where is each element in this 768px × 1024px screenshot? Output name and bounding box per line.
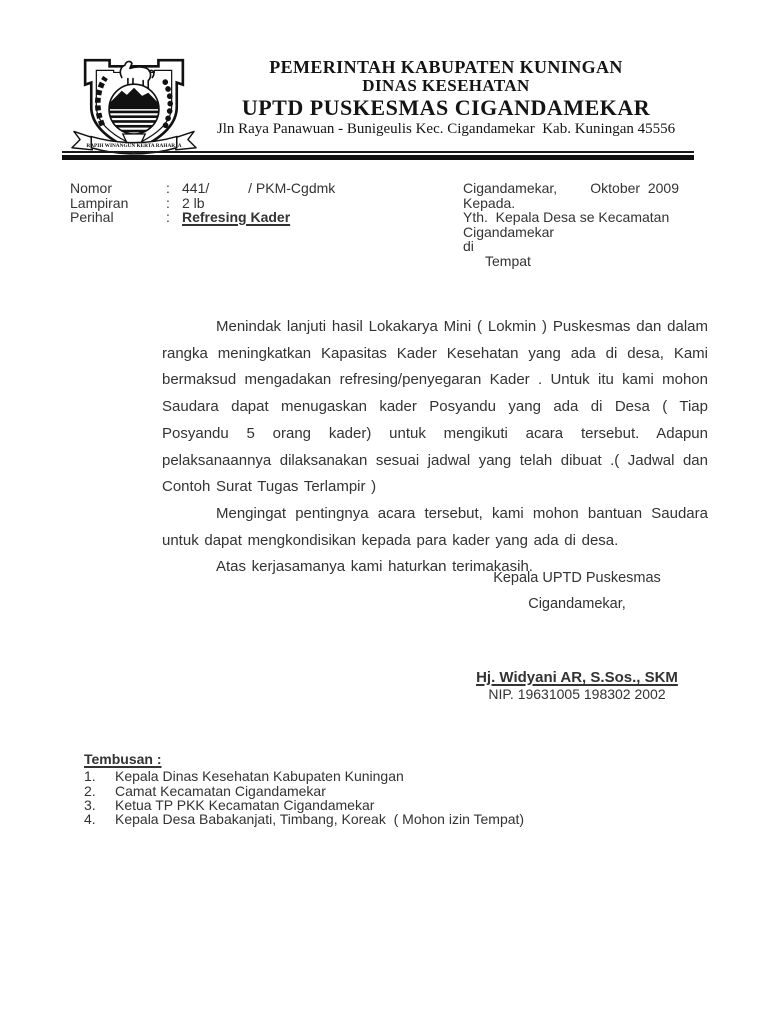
date-text: Oktober 2009 (590, 181, 679, 196)
letter-meta: Nomor : 441/ / PKM-Cgdmk Lampiran : 2 lb… (70, 181, 335, 225)
letterhead-department: DINAS KESEHATAN (190, 77, 702, 95)
nomor-value: 441/ / PKM-Cgdmk (182, 181, 335, 196)
tembusan-item-number: 3. (84, 798, 115, 812)
emblem-motto: RAPIH WINANGUN KERTA RAHARJA (86, 143, 181, 149)
tembusan-item: 3. Ketua TP PKK Kecamatan Cigandamekar (84, 798, 524, 812)
nomor-colon: : (166, 181, 182, 196)
tembusan-item-text: Kepala Dinas Kesehatan Kabupaten Kuninga… (115, 769, 404, 783)
kuningan-coat-of-arms-icon: RAPIH WINANGUN KERTA RAHARJA (68, 48, 200, 162)
di-line: di (463, 239, 679, 254)
tembusan-item: 2. Camat Kecamatan Cigandamekar (84, 784, 524, 798)
meta-row-perihal: Perihal : Refresing Kader (70, 210, 335, 225)
body-paragraph-2: Mengingat pentingnya acara tersebut, kam… (162, 501, 708, 554)
letterhead-government: PEMERINTAH KABUPATEN KUNINGAN (190, 58, 702, 77)
meta-row-nomor: Nomor : 441/ / PKM-Cgdmk (70, 181, 335, 196)
yth-line: Yth. Kepala Desa se Kecamatan (463, 210, 679, 225)
letterhead-office: UPTD PUSKESMAS CIGANDAMEKAR (190, 96, 702, 120)
body-paragraph-1: Menindak lanjuti hasil Lokakarya Mini ( … (162, 314, 708, 501)
field-icon (123, 134, 145, 143)
signature-title-line2: Cigandamekar, (462, 591, 692, 617)
signer-nip: NIP. 19631005 198302 2002 (462, 687, 692, 702)
separator-thin-line (62, 151, 694, 153)
tembusan-item-text: Camat Kecamatan Cigandamekar (115, 784, 326, 798)
place-date-line: Cigandamekar, Oktober 2009 (463, 181, 679, 196)
signature-block: Kepala UPTD Puskesmas Cigandamekar, Hj. … (462, 565, 692, 702)
letter-body: Menindak lanjuti hasil Lokakarya Mini ( … (162, 314, 708, 581)
signature-title-line1: Kepala UPTD Puskesmas (462, 565, 692, 591)
tembusan-item-number: 4. (84, 812, 115, 826)
perihal-label: Perihal (70, 210, 166, 225)
tembusan-heading: Tembusan : (84, 752, 524, 766)
signer-name: Hj. Widyani AR, S.Sos., SKM (462, 669, 692, 686)
tembusan-item-text: Ketua TP PKK Kecamatan Cigandamekar (115, 798, 374, 812)
place-text: Cigandamekar, (463, 181, 557, 196)
letterhead-address: Jln Raya Panawuan - Bunigeulis Kec. Ciga… (190, 121, 702, 138)
letterhead: PEMERINTAH KABUPATEN KUNINGAN DINAS KESE… (190, 58, 702, 138)
meta-row-lampiran: Lampiran : 2 lb (70, 196, 335, 211)
tembusan-item: 4. Kepala Desa Babakanjati, Timbang, Kor… (84, 812, 524, 826)
scanned-letter-page: RAPIH WINANGUN KERTA RAHARJA PEMERINTAH … (0, 0, 768, 1024)
tembusan-section: Tembusan : 1. Kepala Dinas Kesehatan Kab… (84, 752, 524, 826)
separator-thick-line (62, 155, 694, 160)
nomor-label: Nomor (70, 181, 166, 196)
perihal-colon: : (166, 210, 182, 225)
signature-space (462, 617, 692, 669)
tembusan-item-number: 1. (84, 769, 115, 783)
tembusan-item: 1. Kepala Dinas Kesehatan Kabupaten Kuni… (84, 769, 524, 783)
lampiran-value: 2 lb (182, 196, 205, 211)
tembusan-item-text: Kepala Desa Babakanjati, Timbang, Koreak… (115, 812, 524, 826)
letterhead-separator (62, 151, 694, 160)
tempat-line: Tempat (463, 254, 679, 269)
lampiran-colon: : (166, 196, 182, 211)
recipient-block: Cigandamekar, Oktober 2009 Kepada. Yth. … (463, 181, 679, 268)
perihal-value: Refresing Kader (182, 210, 290, 225)
kepada-line: Kepada. (463, 196, 679, 211)
tembusan-item-number: 2. (84, 784, 115, 798)
lampiran-label: Lampiran (70, 196, 166, 211)
area-line: Cigandamekar (463, 225, 679, 240)
